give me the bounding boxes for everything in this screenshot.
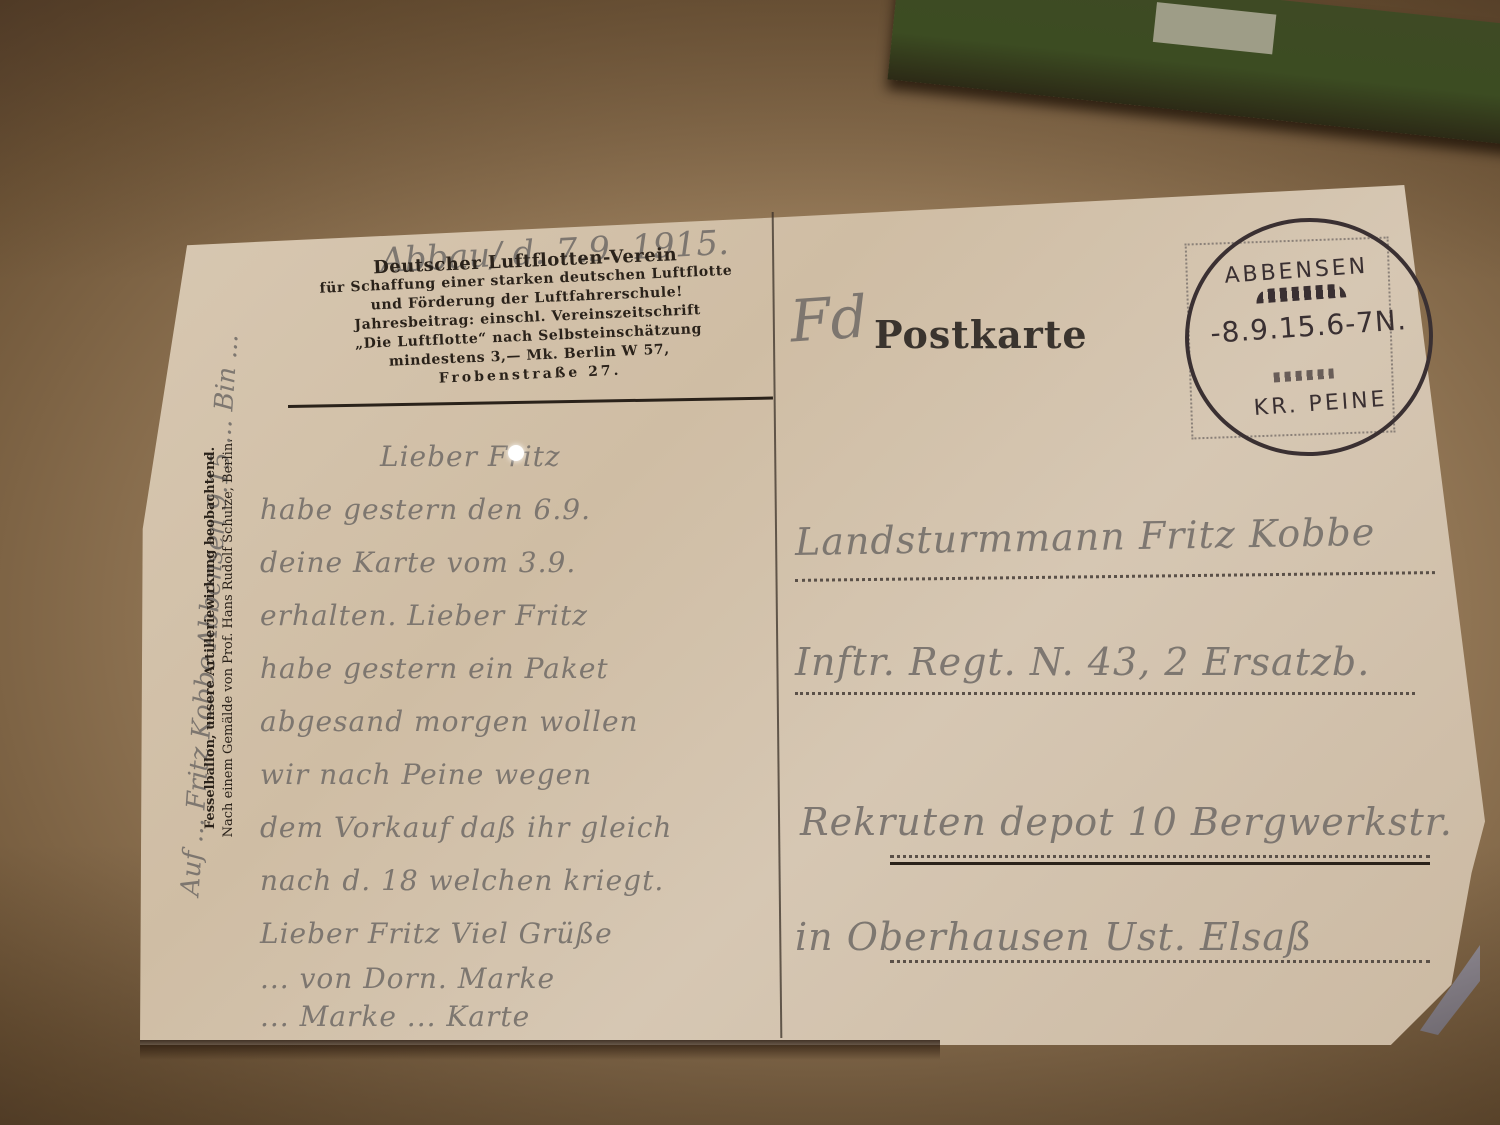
message-line: abgesand morgen wollen (260, 695, 780, 748)
message-line: deine Karte vom 3.9. (260, 536, 780, 589)
postmark-district: KR. PEINE (1253, 387, 1388, 421)
caption-line-1: Fesselballon, unsere Artilleriewirkung b… (202, 328, 220, 948)
message-line: Lieber Fritz Viel Grüße (260, 907, 780, 960)
message-line: wir nach Peine wegen (260, 748, 780, 801)
handwritten-message: Lieber Fritz habe gestern den 6.9. deine… (260, 430, 780, 1036)
message-line: ... Marke ... Karte (260, 998, 780, 1036)
postcard-shadow (140, 1040, 940, 1060)
picture-caption: Fesselballon, unsere Artilleriewirkung b… (202, 328, 238, 948)
background-postcard-image (1153, 2, 1277, 54)
message-line: erhalten. Lieber Fritz (260, 589, 780, 642)
address-dotted-line (890, 960, 1430, 963)
message-line: nach d. 18 welchen kriegt. (260, 854, 780, 907)
light-glare (508, 445, 524, 461)
address-dotted-line (795, 692, 1415, 695)
caption-line-2: Nach einem Gemälde von Prof. Hans Rudolf… (220, 328, 238, 948)
postmark-date: -8.9.15.6-7N. (1209, 303, 1407, 350)
address-dotted-line (890, 855, 1430, 858)
postmark-town: ABBENSEN (1224, 254, 1369, 289)
postkarte-header: Postkarte (874, 312, 1088, 357)
address-line: in Oberhausen Ust. Elsaß (795, 915, 1312, 959)
message-line: ... von Dorn. Marke (260, 960, 780, 998)
message-line: habe gestern ein Paket (260, 642, 780, 695)
address-line: Inftr. Regt. N. 43, 2 Ersatzb. (795, 640, 1370, 684)
address-line: Rekruten depot 10 Bergwerkstr. (800, 800, 1453, 844)
address-solid-rule (890, 862, 1430, 865)
message-line: dem Vorkauf daß ihr gleich (260, 801, 780, 854)
society-block: Deutscher Luftflotten-Verein für Schaffu… (290, 241, 765, 394)
postmark-bars-lower (1273, 368, 1334, 382)
message-line: habe gestern den 6.9. (260, 483, 780, 536)
postmark-bars (1256, 283, 1347, 303)
pencil-mark: Fd (788, 282, 870, 355)
